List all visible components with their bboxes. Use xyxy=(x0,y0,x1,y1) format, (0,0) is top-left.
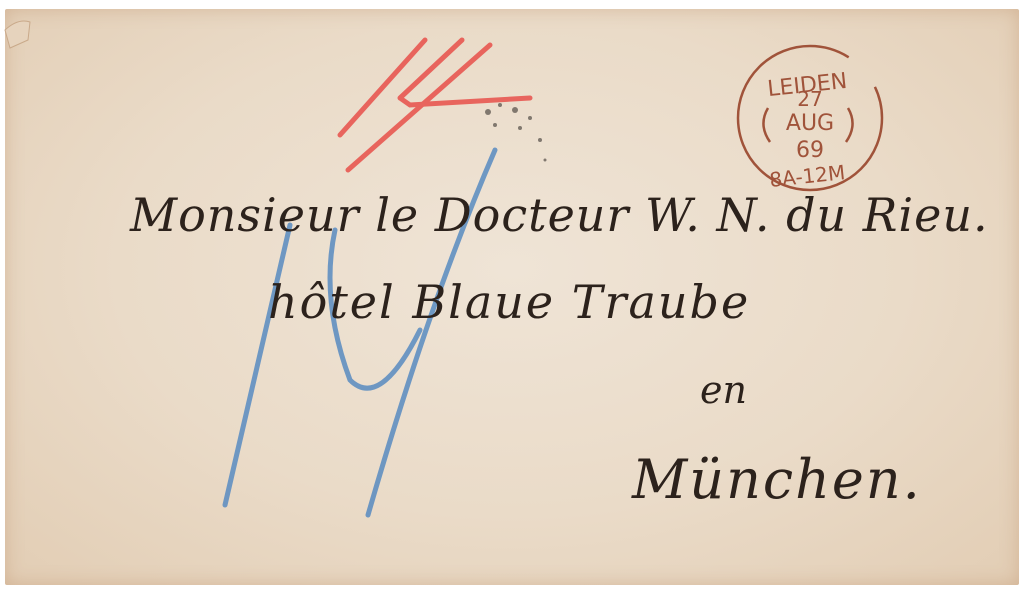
address-line-city: München. xyxy=(632,448,922,511)
postmark-day: 27 xyxy=(797,87,822,111)
address-line-recipient: Monsieur le Docteur W. N. du Rieu. xyxy=(130,188,989,242)
postmark-year: 69 xyxy=(796,138,824,163)
address-line-hotel: hôtel Blaue Traube xyxy=(268,275,750,329)
address-line-en: en xyxy=(700,368,747,412)
postmark-month: AUG xyxy=(786,111,834,136)
torn-corner xyxy=(5,21,30,48)
